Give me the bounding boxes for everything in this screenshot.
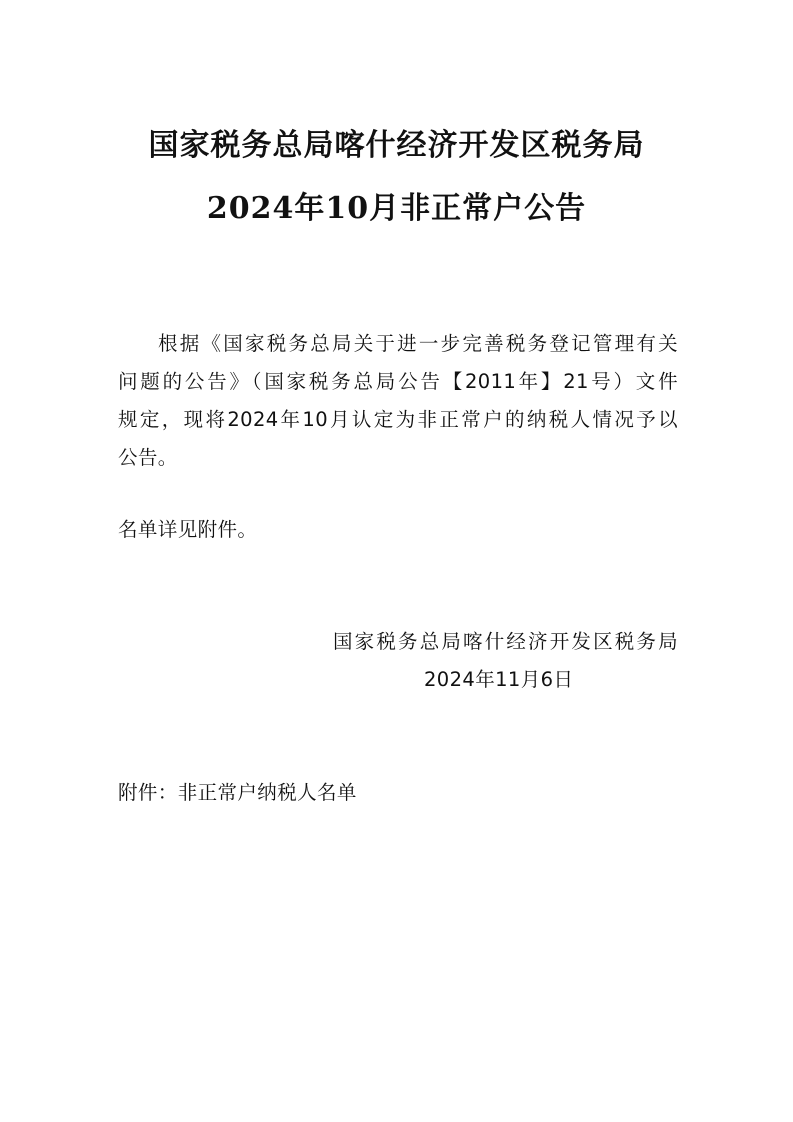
body-paragraph2: 名单详见附件。 <box>118 516 678 544</box>
document-title-line1: 国家税务总局喀什经济开发区税务局 <box>0 126 793 166</box>
document-title-line2: 2024年10月非正常户公告 <box>0 189 793 229</box>
body-paragraph1-line1: 根据《国家税务总局关于进一步完善税务登记管理有关 <box>158 330 678 358</box>
signature-date: 2024年11月6日 <box>424 666 573 694</box>
attachment-note: 附件：非正常户纳税人名单 <box>118 779 678 807</box>
body-paragraph1-line2: 问题的公告》（国家税务总局公告【2011年】21号）文件 <box>118 368 678 396</box>
body-paragraph1-line3: 规定，现将2024年10月认定为非正常户的纳税人情况予以 <box>118 406 678 434</box>
signature-organization: 国家税务总局喀什经济开发区税务局 <box>333 628 678 656</box>
body-paragraph1-line4: 公告。 <box>118 444 678 472</box>
